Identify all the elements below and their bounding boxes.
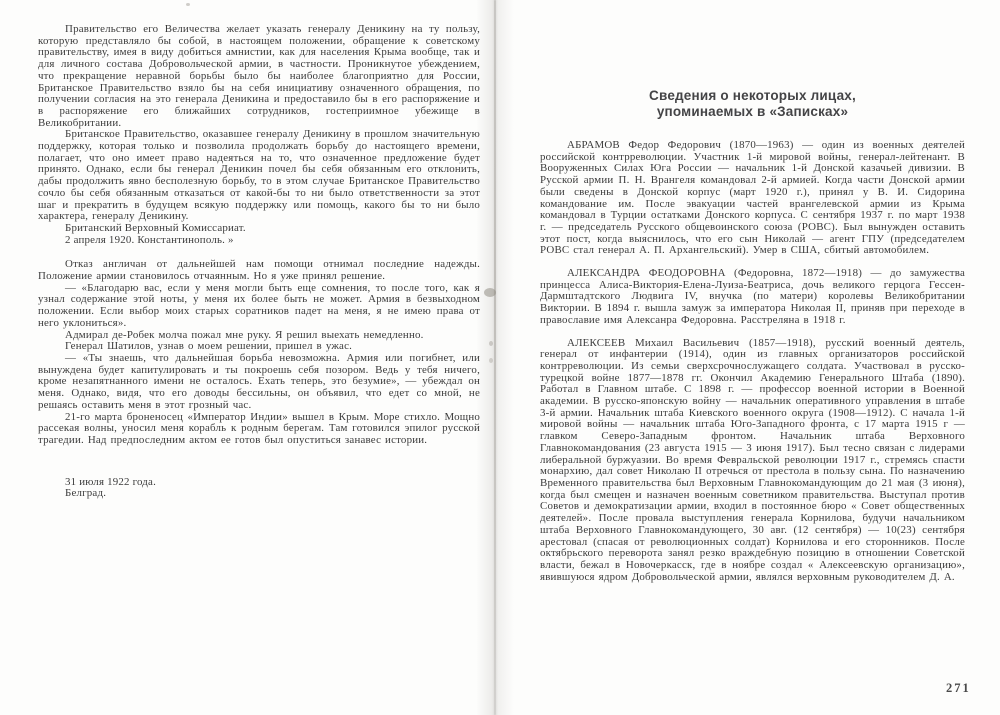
- section-title: Сведения о некоторых лицах, упоминаемых …: [540, 88, 965, 119]
- right-page: Сведения о некоторых лицах, упоминаемых …: [540, 88, 965, 594]
- entry-abramov: АБРАМОВ Федор Федорович (1870—1963) — од…: [540, 140, 965, 257]
- entry-alexandra-feodorovna: АЛЕКСАНДРА ФЕОДОРОВНА (Федоровна, 1872—1…: [540, 268, 965, 327]
- section-title-line-1: Сведения о некоторых лицах,: [540, 88, 965, 104]
- left-page: Правительство его Величества желает указ…: [38, 24, 480, 500]
- book-spread: { "left_page": { "paragraphs": [ "Правит…: [0, 0, 1000, 715]
- ink-smudge: [489, 341, 493, 346]
- ink-smudge: [489, 358, 493, 363]
- section-title-line-2: упоминаемых в «Записках»: [540, 104, 965, 120]
- left-paragraph-4: — «Благодарю вас, если у меня могли быть…: [38, 283, 480, 330]
- page-number: 271: [946, 681, 971, 696]
- left-paragraph-7: — «Ты знаешь, что дальнейшая борьба нево…: [38, 353, 480, 412]
- dust-speck: [186, 3, 190, 6]
- paragraph-gap: [38, 447, 480, 477]
- left-paragraph-1: Правительство его Величества желает указ…: [38, 24, 480, 129]
- signature-line-date: 2 апреля 1920. Константинополь. »: [38, 235, 480, 247]
- entry-alekseev: АЛЕКСЕЕВ Михаил Васильевич (1857—1918), …: [540, 338, 965, 584]
- left-paragraph-3: Отказ англичан от дальнейшей нам помощи …: [38, 259, 480, 282]
- left-paragraph-8: 21-го марта броненосец «Император Индии»…: [38, 412, 480, 447]
- dateline-place: Белград.: [38, 488, 480, 500]
- signature-line-commissariat: Британский Верховный Комиссариат.: [38, 223, 480, 235]
- spine-crease: [494, 0, 496, 715]
- ink-smudge: [484, 288, 496, 297]
- left-paragraph-2: Британское Правительство, оказавшее гене…: [38, 129, 480, 223]
- page-gutter-shadow: [476, 0, 514, 715]
